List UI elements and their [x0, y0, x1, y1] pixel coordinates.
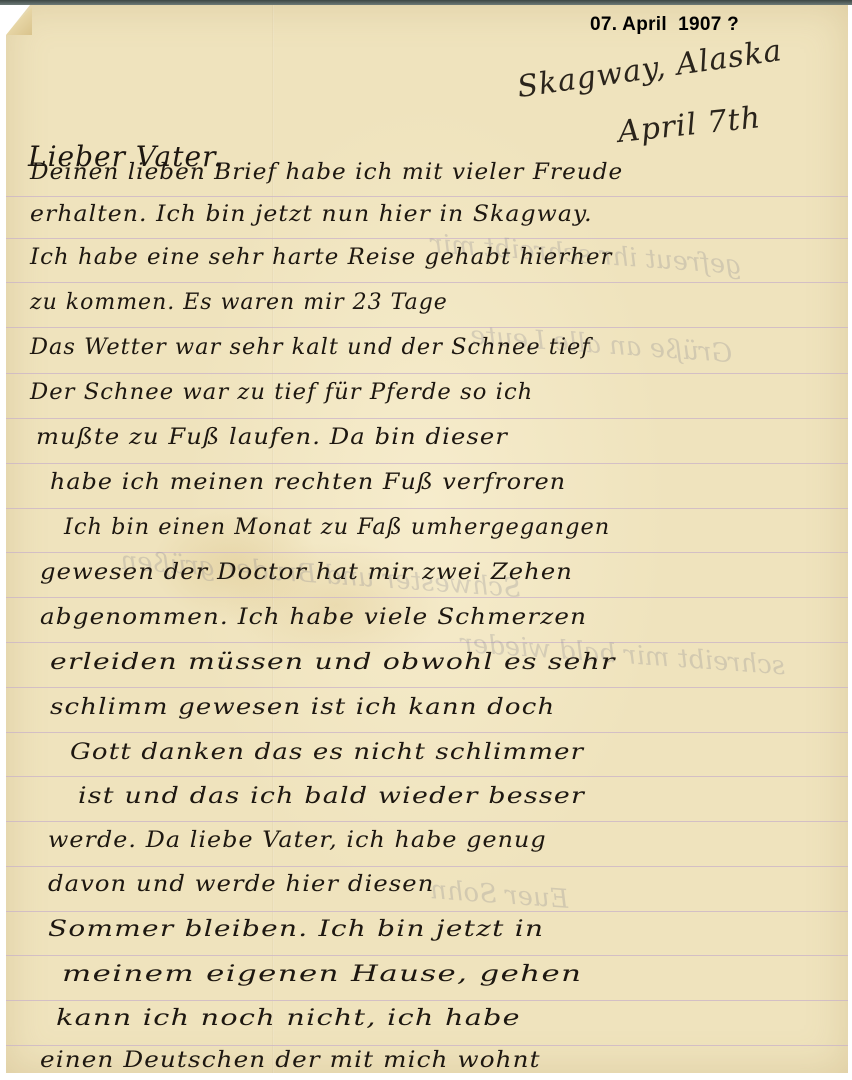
- letter-line: schlimm gewesen ist ich kann doch: [50, 695, 555, 720]
- letter-line: habe ich meinen rechten Fuß verfroren: [50, 470, 566, 495]
- scan-bottom-margin: [0, 1073, 852, 1080]
- ruled-line: [6, 1045, 848, 1046]
- ruled-line: [6, 373, 848, 374]
- letter-line: Sommer bleiben. Ich bin jetzt in: [48, 917, 544, 942]
- letter-line: meinem eigenen Hause, gehen: [62, 962, 582, 987]
- letter-line: abgenommen. Ich habe viele Schmerzen: [40, 605, 587, 630]
- letter-scan: gefreut ihr schreibt mir Grüße an alle L…: [0, 0, 852, 1080]
- ruled-line: [6, 776, 848, 777]
- folded-corner-cutout: [6, 5, 30, 35]
- ruled-line: [6, 866, 848, 867]
- letter-line: Deinen lieben Brief habe ich mit vieler …: [30, 160, 623, 185]
- ruled-line: [6, 327, 848, 328]
- letter-line: ist und das ich bald wieder besser: [78, 784, 585, 809]
- letter-line: mußte zu Fuß laufen. Da bin dieser: [36, 425, 508, 450]
- ruled-line: [6, 911, 848, 912]
- ruled-line: [6, 463, 848, 464]
- ruled-line: [6, 282, 848, 283]
- letter-line: davon und werde hier diesen: [48, 872, 434, 897]
- ruled-line: [6, 238, 848, 239]
- ruled-line: [6, 821, 848, 822]
- letter-line: werde. Da liebe Vater, ich habe genug: [48, 828, 547, 853]
- letter-line: kann ich noch nicht, ich habe: [56, 1006, 521, 1031]
- letter-line: Das Wetter war sehr kalt und der Schnee …: [30, 335, 591, 360]
- ruled-line: [6, 732, 848, 733]
- ruled-line: [6, 1000, 848, 1001]
- ruled-line: [6, 687, 848, 688]
- ruled-line: [6, 418, 848, 419]
- ruled-line: [6, 196, 848, 197]
- letter-line: Der Schnee war zu tief für Pferde so ich: [30, 380, 533, 405]
- letter-line: Ich habe eine sehr harte Reise gehabt hi…: [30, 245, 613, 270]
- archive-date-annotation: 07. April 1907 ?: [590, 14, 739, 36]
- letter-line: gewesen der Doctor hat mir zwei Zehen: [40, 560, 573, 585]
- letter-line: einen Deutschen der mit mich wohnt: [40, 1048, 541, 1073]
- ruled-line: [6, 642, 848, 643]
- letter-line: erleiden müssen und obwohl es sehr: [50, 650, 616, 675]
- ruled-line: [6, 508, 848, 509]
- letter-line: erhalten. Ich bin jetzt nun hier in Skag…: [30, 202, 593, 227]
- letter-line: zu kommen. Es waren mir 23 Tage: [30, 290, 448, 315]
- letter-line: Ich bin einen Monat zu Faß umhergegangen: [64, 515, 610, 540]
- ruled-line: [6, 955, 848, 956]
- letter-line: Gott danken das es nicht schlimmer: [70, 740, 584, 765]
